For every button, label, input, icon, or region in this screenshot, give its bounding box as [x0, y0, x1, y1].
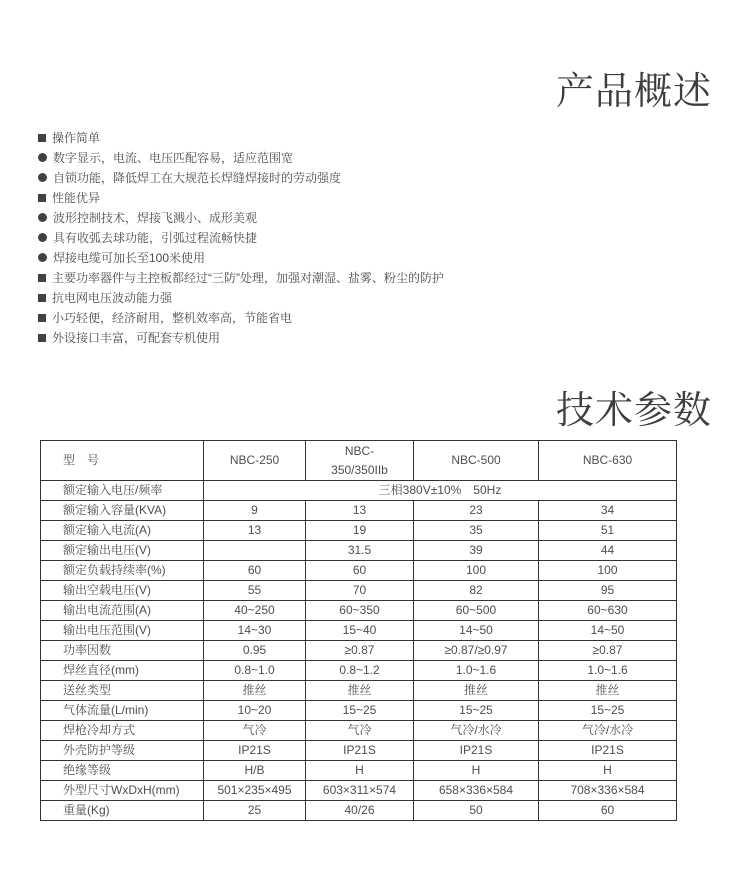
row-label: 额定输出电压(V) — [41, 541, 204, 561]
feature-item: 自锁功能，降低焊工在大规范长焊缝焊接时的劳动强度 — [38, 168, 750, 188]
feature-item: 波形控制技术，焊接飞溅小、成形美观 — [38, 208, 750, 228]
spec-value: 70 — [306, 581, 414, 601]
spec-value: 35 — [414, 521, 539, 541]
feature-item: 小巧轻便，经济耐用，整机效率高，节能省电 — [38, 308, 750, 328]
row-label: 额定输入电流(A) — [41, 521, 204, 541]
spec-value: 1.0~1.6 — [539, 661, 677, 681]
spec-value: 23 — [414, 501, 539, 521]
spec-value: 50 — [414, 801, 539, 821]
spec-row: 送丝类型推丝推丝推丝推丝 — [41, 681, 677, 701]
row-label: 送丝类型 — [41, 681, 204, 701]
feature-list: 操作简单数字显示，电流、电压匹配容易，适应范围宽自锁功能，降低焊工在大规范长焊缝… — [38, 128, 750, 348]
feature-text: 小巧轻便，经济耐用，整机效率高，节能省电 — [52, 309, 292, 326]
spec-value: 60~500 — [414, 601, 539, 621]
specs-table: 型 号 NBC-250 NBC-350/350IIb NBC-500 NBC-6… — [40, 440, 677, 821]
row-label: 额定负载持续率(%) — [41, 561, 204, 581]
spec-value: H — [539, 761, 677, 781]
square-bullet-icon — [38, 314, 46, 322]
spec-value: 推丝 — [306, 681, 414, 701]
feature-item: 主要功率器件与主控板都经过“三防”处理，加强对潮湿、盐雾、粉尘的防护 — [38, 268, 750, 288]
square-bullet-icon — [38, 294, 46, 302]
spec-value: IP21S — [414, 741, 539, 761]
feature-text: 操作简单 — [52, 129, 100, 146]
spec-row: 焊枪冷却方式气冷气冷气冷/水冷气冷/水冷 — [41, 721, 677, 741]
spec-value: 31.5 — [306, 541, 414, 561]
spec-value: 603×311×574 — [306, 781, 414, 801]
row-label: 焊丝直径(mm) — [41, 661, 204, 681]
spec-row: 额定输入容量(KVA)9132334 — [41, 501, 677, 521]
model-name-cell: NBC-350/350IIb — [306, 441, 414, 481]
spec-row: 额定输出电压(V)31.53944 — [41, 541, 677, 561]
spec-value: 推丝 — [204, 681, 306, 701]
spec-value: 34 — [539, 501, 677, 521]
feature-text: 外设接口丰富，可配套专机使用 — [52, 329, 220, 346]
spec-row: 气体流量(L/min)10~2015~2515~2515~25 — [41, 701, 677, 721]
feature-text: 具有收弧去球功能，引弧过程流畅快捷 — [53, 229, 257, 246]
feature-item: 具有收弧去球功能，引弧过程流畅快捷 — [38, 228, 750, 248]
spec-value: 推丝 — [539, 681, 677, 701]
spec-value: 1.0~1.6 — [414, 661, 539, 681]
row-label: 气体流量(L/min) — [41, 701, 204, 721]
spec-value: 15~25 — [414, 701, 539, 721]
spec-value: IP21S — [204, 741, 306, 761]
spec-row: 输出空载电压(V)55708295 — [41, 581, 677, 601]
spec-value: 15~25 — [306, 701, 414, 721]
spec-value: 60 — [204, 561, 306, 581]
spec-value: 60~350 — [306, 601, 414, 621]
spec-value: 60 — [306, 561, 414, 581]
spec-row: 外壳防护等级IP21SIP21SIP21SIP21S — [41, 741, 677, 761]
spec-value: 0.95 — [204, 641, 306, 661]
model-name: NBC-250 — [230, 451, 279, 470]
row-label: 功率因数 — [41, 641, 204, 661]
spec-value: 40~250 — [204, 601, 306, 621]
spec-value: 95 — [539, 581, 677, 601]
spec-value: 44 — [539, 541, 677, 561]
spec-value: 13 — [204, 521, 306, 541]
feature-text: 数字显示，电流、电压匹配容易，适应范围宽 — [53, 149, 293, 166]
feature-text: 焊接电缆可加长至100米使用 — [53, 249, 205, 266]
spec-row: 绝缘等级H/BHHH — [41, 761, 677, 781]
spec-value: 60 — [539, 801, 677, 821]
feature-text: 抗电网电压波动能力强 — [52, 289, 172, 306]
spec-value: 708×336×584 — [539, 781, 677, 801]
row-label: 输出电压范围(V) — [41, 621, 204, 641]
spec-value: 气冷 — [204, 721, 306, 741]
spec-value: 13 — [306, 501, 414, 521]
spec-value: ≥0.87 — [306, 641, 414, 661]
spec-row: 重量(Kg)2540/265060 — [41, 801, 677, 821]
square-bullet-icon — [38, 194, 46, 202]
spec-value: IP21S — [539, 741, 677, 761]
feature-item: 性能优异 — [38, 188, 750, 208]
spec-row: 外型尺寸WxDxH(mm)501×235×495603×311×574658×3… — [41, 781, 677, 801]
circle-bullet-icon — [38, 253, 47, 262]
circle-bullet-icon — [38, 233, 47, 242]
spec-row: 输出电压范围(V)14~3015~4014~5014~50 — [41, 621, 677, 641]
feature-item: 抗电网电压波动能力强 — [38, 288, 750, 308]
specs-table-body: 型 号 NBC-250 NBC-350/350IIb NBC-500 NBC-6… — [41, 441, 677, 821]
model-name: NBC-500 — [451, 451, 500, 470]
spec-value: 气冷/水冷 — [539, 721, 677, 741]
square-bullet-icon — [38, 274, 46, 282]
row-label: 外型尺寸WxDxH(mm) — [41, 781, 204, 801]
spec-value: 14~50 — [414, 621, 539, 641]
model-name: NBC-350/350IIb — [323, 442, 397, 480]
model-header-row: 型 号 NBC-250 NBC-350/350IIb NBC-500 NBC-6… — [41, 441, 677, 481]
circle-bullet-icon — [38, 213, 47, 222]
row-label: 输出电流范围(A) — [41, 601, 204, 621]
model-name: NBC-630 — [583, 451, 632, 470]
feature-text: 自锁功能，降低焊工在大规范长焊缝焊接时的劳动强度 — [53, 169, 341, 186]
row-label: 额定输入容量(KVA) — [41, 501, 204, 521]
spec-value: IP21S — [306, 741, 414, 761]
spec-value: 658×336×584 — [414, 781, 539, 801]
model-name-cell: NBC-630 — [539, 441, 677, 481]
spec-value: H — [306, 761, 414, 781]
spec-value: 0.8~1.0 — [204, 661, 306, 681]
circle-bullet-icon — [38, 153, 47, 162]
spec-value: 推丝 — [414, 681, 539, 701]
feature-text: 主要功率器件与主控板都经过“三防”处理，加强对潮湿、盐雾、粉尘的防护 — [52, 269, 444, 286]
spec-value: 气冷 — [306, 721, 414, 741]
model-name-cell: NBC-500 — [414, 441, 539, 481]
spec-value: 60~630 — [539, 601, 677, 621]
input-voltage-row: 额定输入电压/频率 三相380V±10% 50Hz — [41, 481, 677, 501]
spec-value: H — [414, 761, 539, 781]
spec-value: 19 — [306, 521, 414, 541]
feature-item: 外设接口丰富，可配套专机使用 — [38, 328, 750, 348]
row-label: 焊枪冷却方式 — [41, 721, 204, 741]
spec-value — [204, 541, 306, 561]
square-bullet-icon — [38, 134, 46, 142]
model-header-label: 型 号 — [41, 441, 204, 481]
spec-row: 功率因数0.95≥0.87≥0.87/≥0.97≥0.87 — [41, 641, 677, 661]
specs-title: 技术参数 — [0, 390, 750, 434]
row-label: 额定输入电压/频率 — [41, 481, 204, 501]
feature-text: 性能优异 — [52, 189, 100, 206]
spec-value: 501×235×495 — [204, 781, 306, 801]
square-bullet-icon — [38, 334, 46, 342]
spec-value: 100 — [414, 561, 539, 581]
model-name-cell: NBC-250 — [204, 441, 306, 481]
spec-value: 9 — [204, 501, 306, 521]
input-voltage-value: 三相380V±10% 50Hz — [204, 481, 677, 501]
spec-value: 55 — [204, 581, 306, 601]
spec-value: 51 — [539, 521, 677, 541]
spec-value: 14~50 — [539, 621, 677, 641]
spec-value: 39 — [414, 541, 539, 561]
circle-bullet-icon — [38, 173, 47, 182]
spec-row: 焊丝直径(mm)0.8~1.00.8~1.21.0~1.61.0~1.6 — [41, 661, 677, 681]
spec-value: 气冷/水冷 — [414, 721, 539, 741]
spec-value: 100 — [539, 561, 677, 581]
spec-value: 10~20 — [204, 701, 306, 721]
row-label: 重量(Kg) — [41, 801, 204, 821]
spec-row: 额定负载持续率(%)6060100100 — [41, 561, 677, 581]
spec-value: 82 — [414, 581, 539, 601]
feature-item: 焊接电缆可加长至100米使用 — [38, 248, 750, 268]
feature-item: 数字显示，电流、电压匹配容易，适应范围宽 — [38, 148, 750, 168]
spec-value: 14~30 — [204, 621, 306, 641]
overview-title: 产品概述 — [0, 0, 750, 115]
spec-value: 15~40 — [306, 621, 414, 641]
page: 产品概述 操作简单数字显示，电流、电压匹配容易，适应范围宽自锁功能，降低焊工在大… — [0, 0, 750, 875]
feature-text: 波形控制技术，焊接飞溅小、成形美观 — [53, 209, 257, 226]
row-label: 输出空载电压(V) — [41, 581, 204, 601]
spec-value: 40/26 — [306, 801, 414, 821]
row-label: 外壳防护等级 — [41, 741, 204, 761]
feature-item: 操作简单 — [38, 128, 750, 148]
spec-value: 15~25 — [539, 701, 677, 721]
row-label: 绝缘等级 — [41, 761, 204, 781]
spec-value: ≥0.87 — [539, 641, 677, 661]
spec-value: ≥0.87/≥0.97 — [414, 641, 539, 661]
spec-value: 0.8~1.2 — [306, 661, 414, 681]
spec-row: 输出电流范围(A)40~25060~35060~50060~630 — [41, 601, 677, 621]
spec-value: H/B — [204, 761, 306, 781]
spec-row: 额定输入电流(A)13193551 — [41, 521, 677, 541]
spec-value: 25 — [204, 801, 306, 821]
